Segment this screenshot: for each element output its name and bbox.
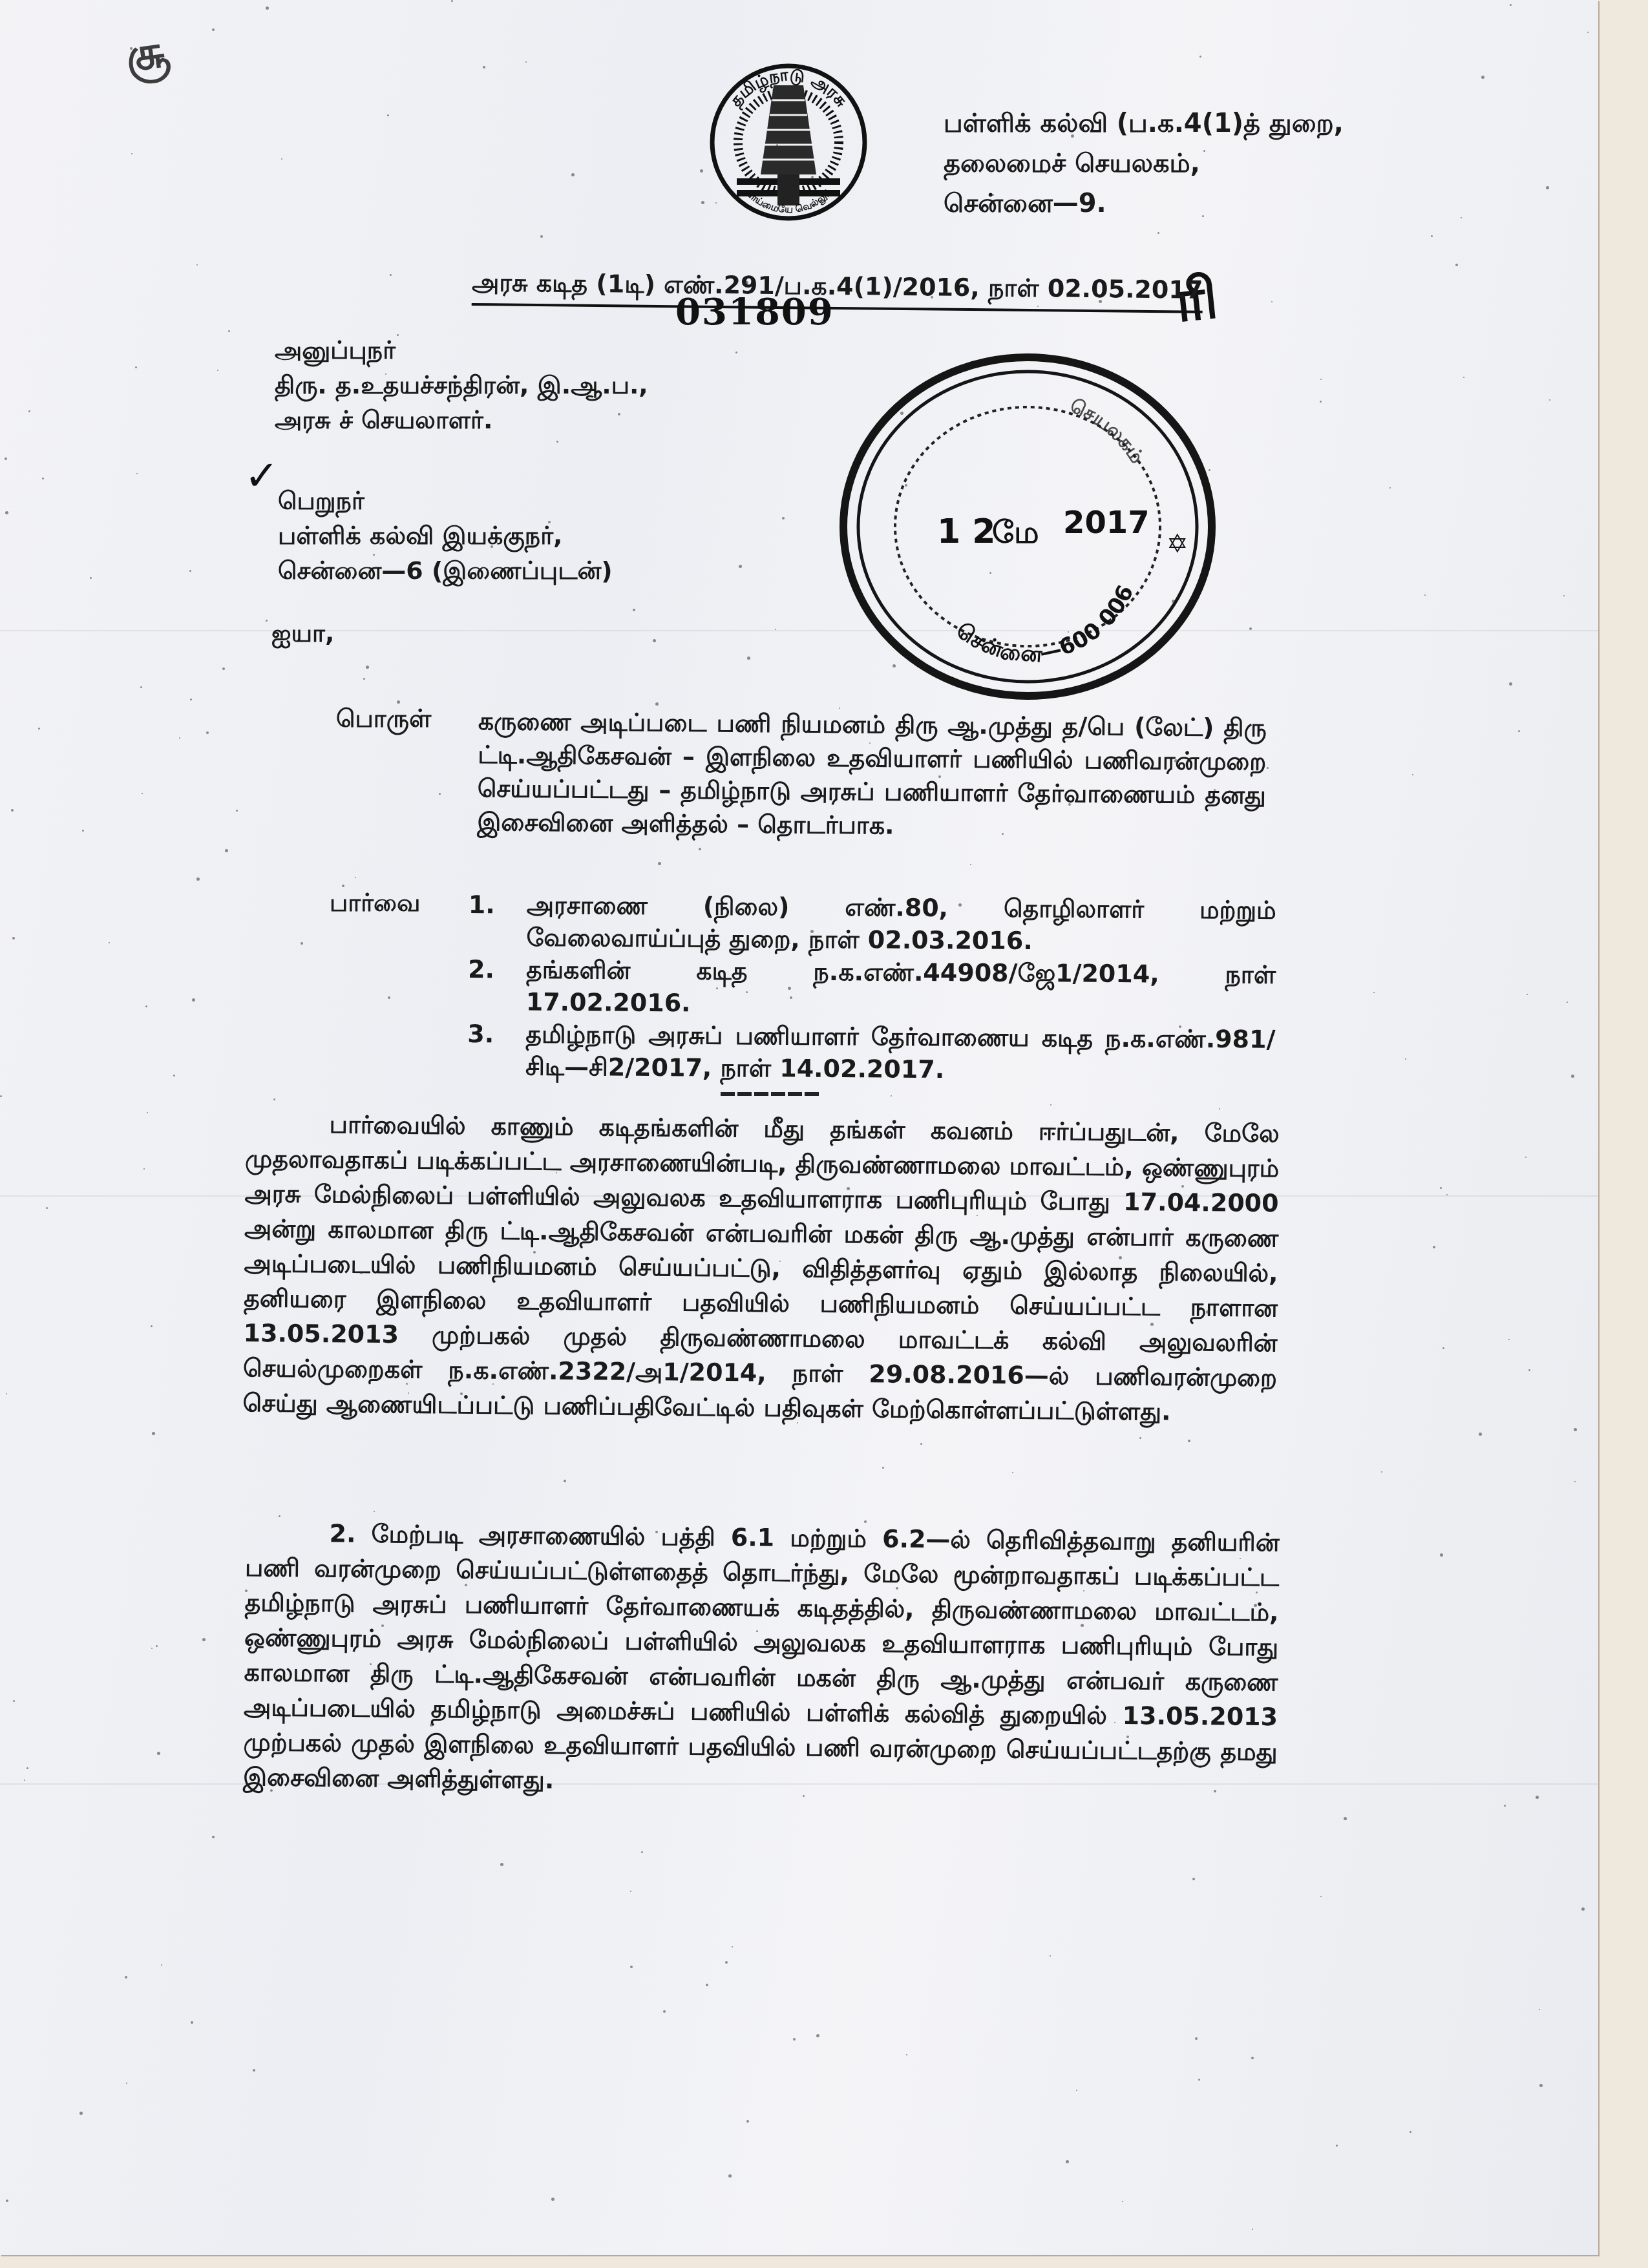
- body-paragraph-2: 2. மேற்படி அரசாணையில் பத்தி 6.1 மற்றும் …: [243, 1515, 1280, 1804]
- sender-name: திரு. த.உதயச்சந்திரன், இ.ஆ.ப.,: [275, 368, 648, 403]
- scanned-letter-page: சூ 031809 ரி ✓ தமிழ்நாடு அரசு வாய்மையே வ…: [0, 0, 1598, 2255]
- subject-label: பொருள்: [336, 704, 431, 737]
- reference-item: 1. அரசாணை (நிலை) எண்.80, தொழிலாளர் மற்று…: [468, 888, 1276, 959]
- reference-text: தங்களின் கடித ந.க.எண்.44908/ஜே1/2014, நா…: [526, 954, 1276, 1024]
- body-paragraph-1: பார்வையில் காணும் கடிதங்களின் மீது தங்கள…: [242, 1106, 1280, 1430]
- section-separator: [721, 1092, 821, 1096]
- svg-text:✡: ✡: [1167, 529, 1188, 559]
- sender-label: அனுப்புநர்: [275, 333, 648, 368]
- recipient-address: சென்னை—6 (இணைப்புடன்): [278, 553, 613, 588]
- recipient-designation: பள்ளிக் கல்வி இயக்குநர்,: [278, 518, 613, 553]
- reference-number: 2.: [468, 953, 527, 1018]
- handwritten-top-left-mark: சூ: [122, 23, 173, 88]
- reference-text: அரசாணை (நிலை) எண்.80, தொழிலாளர் மற்றும் …: [526, 889, 1276, 959]
- reference-item: 3. தமிழ்நாடு அரசுப் பணியாளர் தேர்வாணைய க…: [467, 1018, 1276, 1088]
- references-label: பார்வை: [330, 888, 420, 921]
- department-line: தலைமைச் செயலகம்,: [944, 143, 1344, 184]
- department-address: பள்ளிக் கல்வி (ப.க.4(1)த் துறை, தலைமைச் …: [944, 103, 1344, 224]
- svg-text:2017: 2017: [1063, 505, 1150, 541]
- department-line: சென்னை—9.: [944, 184, 1344, 224]
- reference-number: 3.: [467, 1018, 526, 1083]
- subject-text: கருணை அடிப்படை பணி நியமனம் திரு ஆ.முத்து…: [477, 704, 1267, 846]
- letter-reference-number: அரசு கடித (1டி) எண்.291/ப.க.4(1)/2016, ந…: [472, 268, 1203, 313]
- recipient-label: பெறுநர்: [278, 483, 613, 518]
- sender-designation: அரசு ச் செயலாளர்.: [275, 403, 648, 437]
- tamil-nadu-emblem-icon: தமிழ்நாடு அரசு வாய்மையே வெல்லும்: [701, 52, 876, 226]
- reference-text: தமிழ்நாடு அரசுப் பணியாளர் தேர்வாணைய கடித…: [525, 1018, 1276, 1088]
- svg-text:சென்னை—600 006: சென்னை—600 006: [951, 581, 1139, 667]
- sender-block: அனுப்புநர் திரு. த.உதயச்சந்திரன், இ.ஆ.ப.…: [275, 333, 648, 437]
- received-date-stamp: செயலகம் சென்னை—600 006 1 2 மே 2017 ✡: [834, 346, 1221, 708]
- recipient-block: பெறுநர் பள்ளிக் கல்வி இயக்குநர், சென்னை—…: [278, 483, 613, 588]
- paper-crease: [0, 630, 1598, 631]
- svg-text:1 2: 1 2: [937, 512, 995, 551]
- references-list: 1. அரசாணை (நிலை) எண்.80, தொழிலாளர் மற்று…: [467, 888, 1276, 1088]
- svg-text:செயலகம்: செயலகம்: [1066, 394, 1148, 467]
- department-line: பள்ளிக் கல்வி (ப.க.4(1)த் துறை,: [944, 103, 1344, 143]
- check-mark-icon: ✓: [244, 452, 279, 500]
- svg-text:மே: மே: [992, 514, 1039, 551]
- reference-number: 1.: [468, 888, 527, 954]
- reference-item: 2. தங்களின் கடித ந.க.எண்.44908/ஜே1/2014,…: [468, 953, 1276, 1024]
- salutation: ஐயா,: [271, 619, 334, 651]
